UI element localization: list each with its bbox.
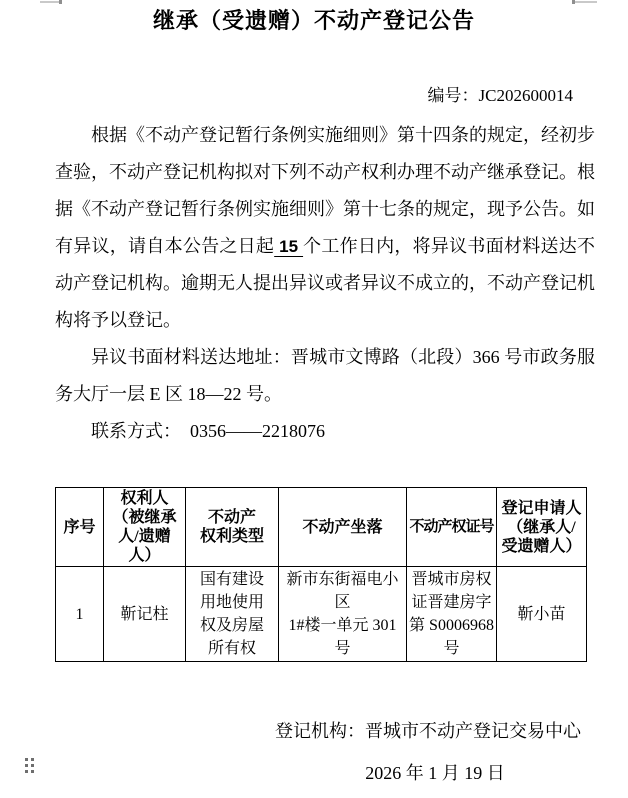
contact-paragraph: 联系方式： 0356——2218076 xyxy=(55,413,595,450)
table-row: 1 靳记柱 国有建设 用地使用 权及房屋 所有权 新市东街福电小区 1#楼一单元… xyxy=(56,567,587,662)
footer: 登记机构：晋城市不动产登记交易中心 2026 年 1 月 19 日 xyxy=(275,718,595,786)
col-header-location: 不动产坐落 xyxy=(279,488,407,567)
grid-dots-icon xyxy=(25,758,34,773)
cell-serial: 1 xyxy=(56,567,104,662)
doc-number: 编号：JC202600014 xyxy=(0,85,573,107)
cell-type: 国有建设 用地使用 权及房屋 所有权 xyxy=(186,567,279,662)
cell-applicant: 靳小苗 xyxy=(497,567,587,662)
cell-certno: 晋城市房权 证晋建房字 第 S0006968 号 xyxy=(407,567,497,662)
col-header-certno: 不动产权证号 xyxy=(407,488,497,567)
cell-location: 新市东街福电小区 1#楼一单元 301 号 xyxy=(279,567,407,662)
col-header-applicant: 登记申请人 （继承人/ 受遗赠人） xyxy=(497,488,587,567)
ruler-tick-icon xyxy=(59,0,62,4)
rights-table: 序号 权利人 （被继承 人/遗赠 人） 不动产 权利类型 不动产坐落 不动产权证… xyxy=(55,487,587,662)
footer-agency: 登记机构：晋城市不动产登记交易中心 xyxy=(275,718,595,744)
page-title: 继承（受遗赠）不动产登记公告 xyxy=(0,7,628,35)
ruler-fragment-right xyxy=(572,1,597,3)
footer-date: 2026 年 1 月 19 日 xyxy=(275,760,595,786)
col-header-holder: 权利人 （被继承 人/遗赠 人） xyxy=(104,488,186,567)
notice-body: 根据《不动产登记暂行条例实施细则》第十四条的规定，经初步查验，不动产登记机构拟对… xyxy=(55,117,595,450)
table-header-row: 序号 权利人 （被继承 人/遗赠 人） 不动产 权利类型 不动产坐落 不动产权证… xyxy=(56,488,587,567)
cell-holder: 靳记柱 xyxy=(104,567,186,662)
col-header-serial: 序号 xyxy=(56,488,104,567)
col-header-type: 不动产 权利类型 xyxy=(186,488,279,567)
ruler-tick-icon xyxy=(572,0,575,4)
document-page: { "page": { "title": "继承（受遗赠）不动产登记公告", "… xyxy=(0,0,628,798)
address-paragraph: 异议书面材料送达地址：晋城市文博路（北段）366 号市政务服务大厅一层 E 区 … xyxy=(55,339,595,413)
deadline-days: 15 xyxy=(274,237,303,256)
ruler-fragment-left xyxy=(40,1,62,3)
notice-paragraph: 根据《不动产登记暂行条例实施细则》第十四条的规定，经初步查验，不动产登记机构拟对… xyxy=(55,117,595,339)
